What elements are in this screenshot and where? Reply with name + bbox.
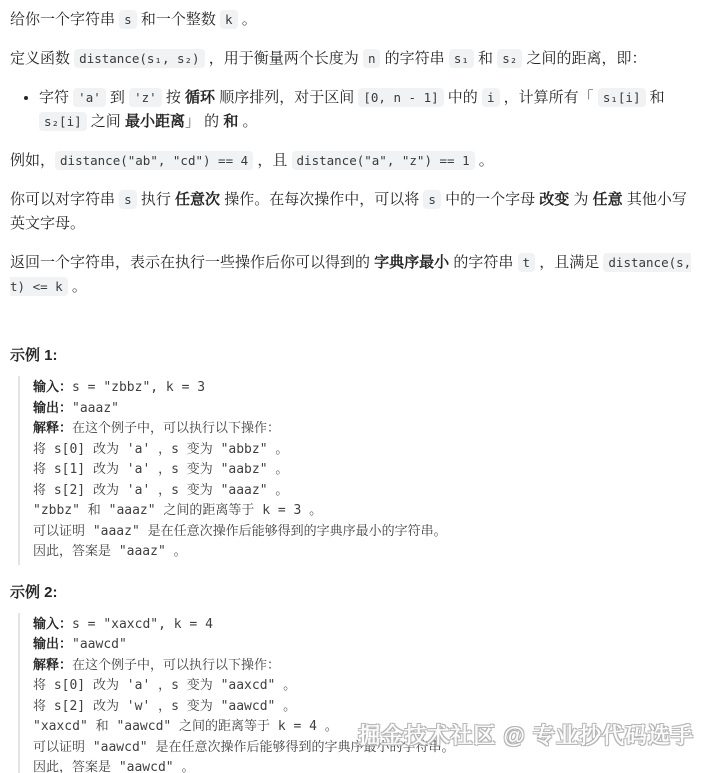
paragraph: 给你一个字符串 s 和一个整数 k 。 — [10, 8, 692, 32]
inline-code: distance(s₁, s₂) — [74, 49, 204, 68]
text-run: 在这个例子中，可以执行以下操作： — [72, 658, 280, 673]
bold-text: 和 — [223, 113, 238, 130]
text-run: 在这个例子中，可以执行以下操作： — [72, 421, 280, 436]
text-run: 和 — [474, 50, 497, 67]
inline-code: distance("a", "z") == 1 — [292, 151, 475, 170]
text-run: 和一个整数 — [137, 11, 220, 28]
text-run: 可以证明 "aawcd" 是在任意次操作后能够得到的字典序最小的字符串。 — [33, 740, 454, 755]
text-run: 示例 1: — [10, 347, 58, 364]
text-run: 将 s[0] 改为 'a' ，s 变为 "aaxcd" 。 — [33, 678, 296, 693]
text-run: 给你一个字符串 — [10, 11, 119, 28]
bold-text: 改变 — [539, 191, 569, 208]
text-run: ，计算所有「 — [500, 89, 598, 106]
text-run: "aawcd" — [72, 637, 127, 652]
paragraph: 定义函数 distance(s₁, s₂) ，用于衡量两个长度为 n 的字符串 … — [10, 47, 692, 71]
example-line: 解释：在这个例子中，可以执行以下操作： — [33, 656, 692, 677]
text-run: 你可以对字符串 — [10, 191, 119, 208]
inline-code: [0, n - 1] — [358, 88, 443, 107]
example-line: 输出："aaaz" — [33, 399, 692, 420]
text-run: 为 — [569, 191, 592, 208]
text-run: 」 的 — [185, 113, 223, 130]
text-run: 之间的距离，即： — [522, 50, 646, 67]
inline-code: s₁ — [449, 49, 474, 68]
example-line: 因此，答案是 "aawcd" 。 — [33, 758, 692, 773]
bold-text: 任意次 — [175, 191, 220, 208]
example-line: 输入：s = "zbbz", k = 3 — [33, 378, 692, 399]
paragraph: 例如，distance("ab", "cd") == 4 ，且 distance… — [10, 149, 692, 173]
paragraph: 你可以对字符串 s 执行 任意次 操作。在每次操作中，可以将 s 中的一个字母 … — [10, 188, 692, 236]
example-line: 将 s[0] 改为 'a' ，s 变为 "aaxcd" 。 — [33, 676, 692, 697]
text-run: 因此，答案是 "aawcd" 。 — [33, 760, 194, 773]
text-run: 将 s[1] 改为 'a' ，s 变为 "aabz" 。 — [33, 462, 288, 477]
inline-code: s₂[i] — [39, 112, 87, 131]
text-run: 例如， — [10, 152, 55, 169]
example-line: "zbbz" 和 "aaaz" 之间的距离等于 k = 3 。 — [33, 501, 692, 522]
inline-code: s — [119, 190, 137, 209]
text-run: 的字符串 — [449, 254, 517, 271]
text-run: 之间 — [87, 113, 125, 130]
text-run: 可以证明 "aaaz" 是在任意次操作后能够得到的字典序最小的字符串。 — [33, 524, 447, 539]
inline-code: n — [363, 49, 381, 68]
inline-code: t — [518, 253, 536, 272]
example-line: 因此，答案是 "aaaz" 。 — [33, 542, 692, 563]
bold-text: 循环 — [185, 89, 215, 106]
example-line: 将 s[2] 改为 'a' ，s 变为 "aaaz" 。 — [33, 481, 692, 502]
inline-code: s₂ — [497, 49, 522, 68]
inline-code: s — [119, 10, 137, 29]
inline-code: 'a' — [73, 88, 106, 107]
example-field-label: 输入： — [33, 617, 72, 632]
bold-text: 最小距离 — [125, 113, 185, 130]
text-run: ，且 — [253, 152, 291, 169]
inline-code: s₁[i] — [598, 88, 646, 107]
text-run: 和 — [646, 89, 665, 106]
text-run: 按 — [162, 89, 185, 106]
text-run: 中的 — [444, 89, 482, 106]
text-run: 将 s[2] 改为 'w' ，s 变为 "aawcd" 。 — [33, 699, 296, 714]
example-block: 输入：s = "xaxcd", k = 4输出："aawcd"解释：在这个例子中… — [18, 613, 692, 773]
inline-code: distance("ab", "cd") == 4 — [55, 151, 253, 170]
bullet-item: 字符 'a' 到 'z' 按 循环 顺序排列，对于区间 [0, n - 1] 中… — [39, 86, 692, 134]
example-field-label: 输出： — [33, 637, 72, 652]
text-run: 顺序排列，对于区间 — [215, 89, 358, 106]
example-field-label: 输出： — [33, 401, 72, 416]
example-line: 可以证明 "aaaz" 是在任意次操作后能够得到的字典序最小的字符串。 — [33, 522, 692, 543]
example-field-label: 解释： — [33, 421, 72, 436]
example-heading: 示例 2: — [10, 581, 692, 605]
text-run: 执行 — [137, 191, 175, 208]
example-line: 输出："aawcd" — [33, 635, 692, 656]
example-block: 输入：s = "zbbz", k = 3输出："aaaz"解释：在这个例子中，可… — [18, 376, 692, 565]
text-run: 将 s[0] 改为 'a' ，s 变为 "abbz" 。 — [33, 442, 288, 457]
example-field-label: 解释： — [33, 658, 72, 673]
text-run: 。 — [238, 113, 257, 130]
text-run: "aaaz" — [72, 401, 119, 416]
text-run: 。 — [238, 11, 257, 28]
text-run: s = "xaxcd", k = 4 — [72, 617, 213, 632]
text-run: 到 — [106, 89, 129, 106]
text-run: "xaxcd" 和 "aawcd" 之间的距离等于 k = 4 。 — [33, 719, 338, 734]
example-line: 将 s[0] 改为 'a' ，s 变为 "abbz" 。 — [33, 440, 692, 461]
text-run: 将 s[2] 改为 'a' ，s 变为 "aaaz" 。 — [33, 483, 288, 498]
inline-code: k — [220, 10, 238, 29]
text-run: ，用于衡量两个长度为 — [205, 50, 363, 67]
text-run: ，且满足 — [535, 254, 603, 271]
example-line: "xaxcd" 和 "aawcd" 之间的距离等于 k = 4 。 — [33, 717, 692, 738]
text-run: "zbbz" 和 "aaaz" 之间的距离等于 k = 3 。 — [33, 503, 322, 518]
example-line: 解释：在这个例子中，可以执行以下操作： — [33, 419, 692, 440]
text-run: s = "zbbz", k = 3 — [72, 380, 205, 395]
text-run: 操作。在每次操作中，可以将 — [220, 191, 423, 208]
example-line: 可以证明 "aawcd" 是在任意次操作后能够得到的字典序最小的字符串。 — [33, 738, 692, 759]
example-line: 将 s[1] 改为 'a' ，s 变为 "aabz" 。 — [33, 460, 692, 481]
text-run: 字符 — [39, 89, 73, 106]
text-run: 。 — [475, 152, 494, 169]
text-run: 返回一个字符串，表示在执行一些操作后你可以得到的 — [10, 254, 374, 271]
example-line: 输入：s = "xaxcd", k = 4 — [33, 615, 692, 636]
text-run: 的字符串 — [380, 50, 448, 67]
bold-text: 字典序最小 — [374, 254, 449, 271]
paragraph: 返回一个字符串，表示在执行一些操作后你可以得到的 字典序最小 的字符串 t ，且… — [10, 251, 692, 299]
spacer — [10, 314, 692, 344]
bullet-list: 字符 'a' 到 'z' 按 循环 顺序排列，对于区间 [0, n - 1] 中… — [10, 86, 692, 134]
problem-body: 给你一个字符串 s 和一个整数 k 。定义函数 distance(s₁, s₂)… — [10, 8, 692, 773]
text-run: 。 — [68, 278, 87, 295]
example-line: 将 s[2] 改为 'w' ，s 变为 "aawcd" 。 — [33, 697, 692, 718]
bold-text: 任意 — [593, 191, 623, 208]
text-run: 示例 2: — [10, 584, 58, 601]
problem-description: 给你一个字符串 s 和一个整数 k 。定义函数 distance(s₁, s₂)… — [0, 0, 702, 773]
example-heading: 示例 1: — [10, 344, 692, 368]
text-run: 定义函数 — [10, 50, 74, 67]
inline-code: i — [482, 88, 500, 107]
inline-code: 'z' — [129, 88, 162, 107]
example-field-label: 输入： — [33, 380, 72, 395]
text-run: 中的一个字母 — [441, 191, 539, 208]
text-run: 因此，答案是 "aaaz" 。 — [33, 544, 187, 559]
inline-code: s — [423, 190, 441, 209]
